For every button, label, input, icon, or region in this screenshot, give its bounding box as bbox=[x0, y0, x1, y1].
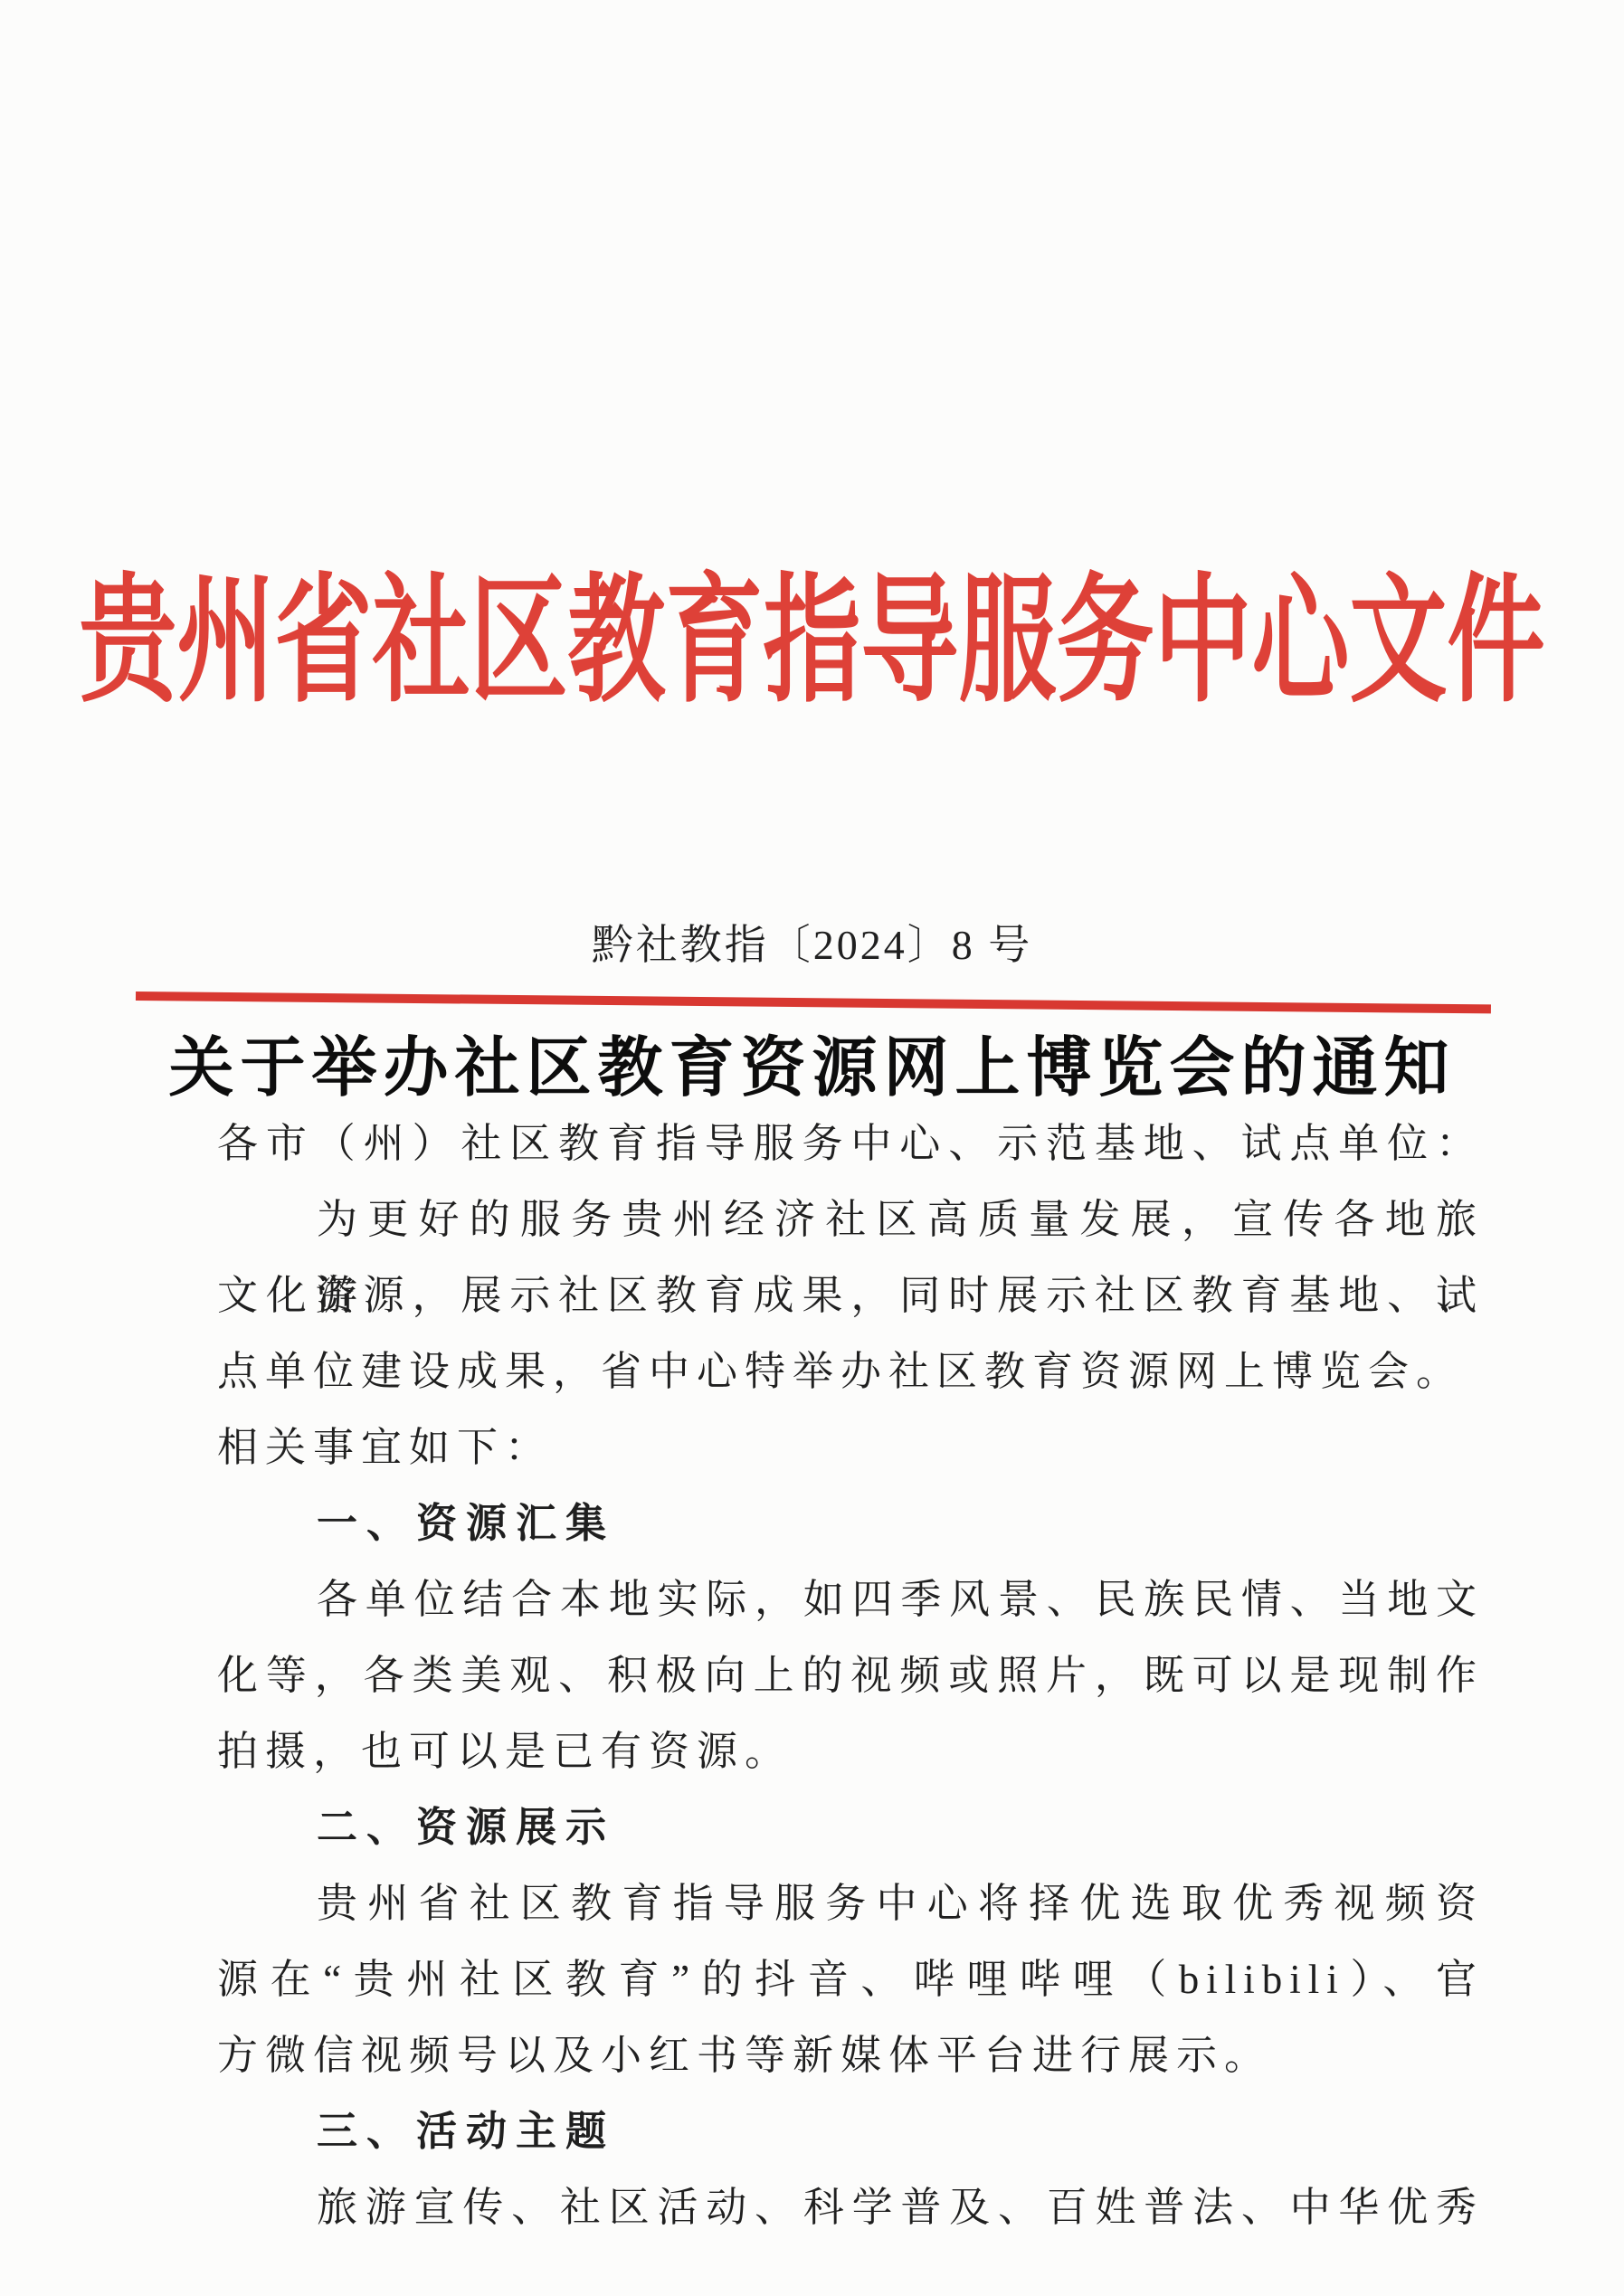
body-line: 各单位结合本地实际，如四季风景、民族民情、当地文 bbox=[217, 1561, 1484, 1637]
body-line: 源在“贵州社区教育”的抖音、哔哩哔哩（bilibili）、官 bbox=[217, 1941, 1484, 2017]
body-line: 各市（州）社区教育指导服务中心、示范基地、试点单位： bbox=[217, 1105, 1484, 1181]
body-section-heading: 三、活动主题 bbox=[217, 2093, 1484, 2169]
body-line: 方微信视频号以及小红书等新媒体平台进行展示。 bbox=[217, 2017, 1484, 2093]
body-section-heading: 二、资源展示 bbox=[217, 1789, 1484, 1865]
body-line: 贵州省社区教育指导服务中心将择优选取优秀视频资 bbox=[217, 1865, 1484, 1941]
scanned-official-document-page: 贵州省社区教育指导服务中心文件 黔社教指〔2024〕8 号 关于举办社区教育资源… bbox=[0, 0, 1624, 2296]
body-line: 拍摄，也可以是已有资源。 bbox=[217, 1713, 1484, 1789]
body-line: 为更好的服务贵州经济社区高质量发展，宣传各地旅游、 bbox=[217, 1181, 1484, 1257]
red-masthead-title: 贵州省社区教育指导服务中心文件 bbox=[0, 529, 1624, 728]
body-section-heading: 一、资源汇集 bbox=[217, 1485, 1484, 1561]
document-title: 关于举办社区教育资源网上博览会的通知 bbox=[0, 1015, 1624, 1109]
body-line: 点单位建设成果，省中心特举办社区教育资源网上博览会。 bbox=[217, 1333, 1484, 1409]
body-line: 文化资源，展示社区教育成果，同时展示社区教育基地、试 bbox=[217, 1257, 1484, 1333]
document-reference-number: 黔社教指〔2024〕8 号 bbox=[0, 912, 1624, 972]
body-line: 化等，各类美观、积极向上的视频或照片，既可以是现制作 bbox=[217, 1637, 1484, 1713]
document-body: 各市（州）社区教育指导服务中心、示范基地、试点单位：为更好的服务贵州经济社区高质… bbox=[217, 1105, 1484, 2245]
body-line: 相关事宜如下： bbox=[217, 1409, 1484, 1485]
red-divider-line bbox=[136, 991, 1491, 1013]
body-line: 旅游宣传、社区活动、科学普及、百姓普法、中华优秀 bbox=[217, 2169, 1484, 2245]
